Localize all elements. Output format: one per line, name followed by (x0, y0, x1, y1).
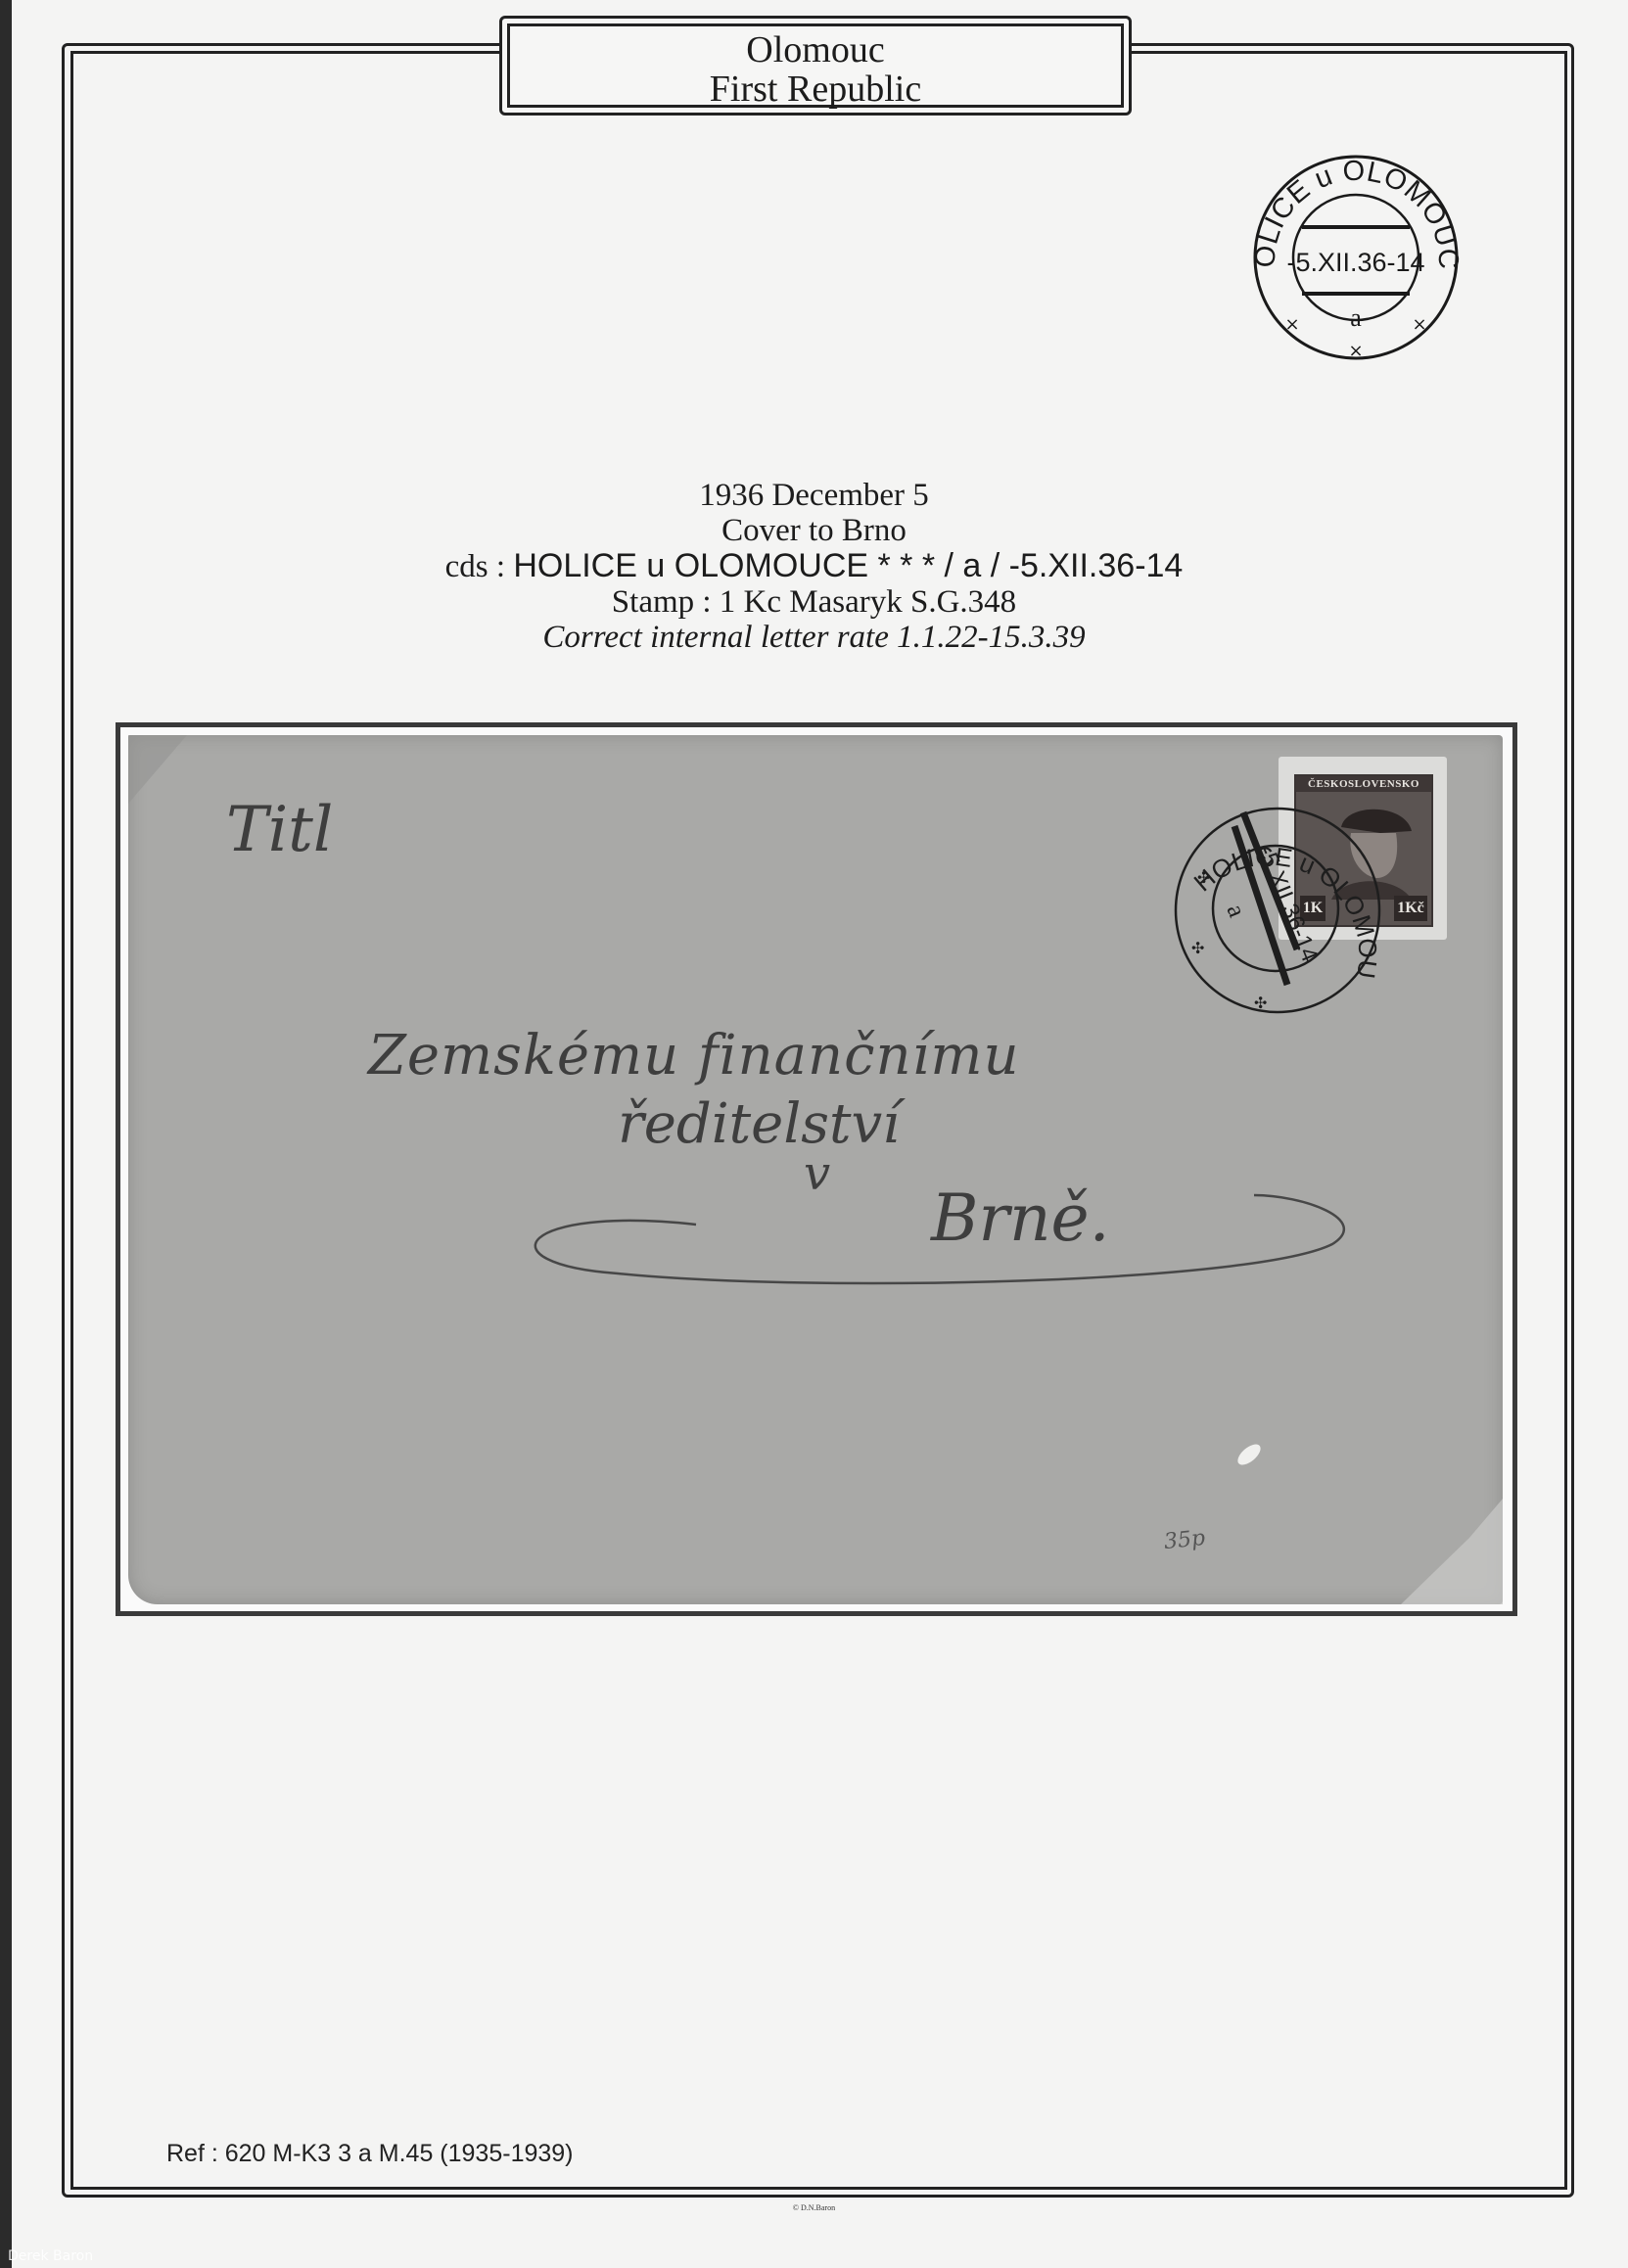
cover-postmark-letter: a (1221, 900, 1251, 921)
cds-text: HOLICE u OLOMOUCE * * * / a / -5.XII.36-… (513, 547, 1183, 584)
watermark: Derek Baron (8, 2248, 93, 2264)
cover-description: 1936 December 5 Cover to Brno cds : HOLI… (196, 478, 1432, 655)
reference-note: Ref : 620 M-K3 3 a M.45 (1935-1939) (166, 2140, 574, 2168)
ornament-left: × (1284, 314, 1299, 335)
svg-text:✣: ✣ (1254, 994, 1267, 1012)
address-line-4: v (804, 1146, 830, 1201)
description-rate: Correct internal letter rate 1.1.22-15.3… (196, 620, 1432, 655)
ornament-bottom: × (1348, 341, 1363, 361)
copyright: © D.N.Baron (0, 2203, 1628, 2212)
scan-edge (0, 0, 12, 2268)
description-cds: cds : HOLICE u OLOMOUCE * * * / a / -5.X… (196, 548, 1432, 584)
page-title: Olomouc (510, 30, 1121, 69)
address-line-1: Titl (226, 794, 333, 866)
postmark-illustration-letter: a (1350, 303, 1362, 332)
title-box-inner: Olomouc First Republic (507, 23, 1124, 108)
description-stamp: Stamp : 1 Kc Masaryk S.G.348 (196, 584, 1432, 620)
description-date: 1936 December 5 (196, 478, 1432, 513)
pencil-note: 35p (1163, 1526, 1206, 1554)
ornament-right: × (1412, 314, 1426, 335)
page-subtitle: First Republic (510, 69, 1121, 109)
postmark-illustration-date: -5.XII.36-14 (1286, 248, 1424, 277)
description-route: Cover to Brno (196, 513, 1432, 548)
svg-text:✣: ✣ (1197, 868, 1210, 887)
svg-text:✣: ✣ (1191, 939, 1204, 957)
cover-postmark: HOLICE u OLOMOUCE -5.XII.36-14 a ✣ ✣ ✣ (1150, 783, 1405, 1038)
address-line-5: Brně. (931, 1180, 1110, 1256)
address-line-3: ředitelství (618, 1092, 900, 1156)
postmark-illustration: HOLICE u OLOMOUCE -5.XII.36-14 a × × × (1233, 137, 1478, 372)
cds-prefix: cds : (445, 549, 514, 584)
address-line-2: Zemskému finančnímu (368, 1024, 1020, 1088)
